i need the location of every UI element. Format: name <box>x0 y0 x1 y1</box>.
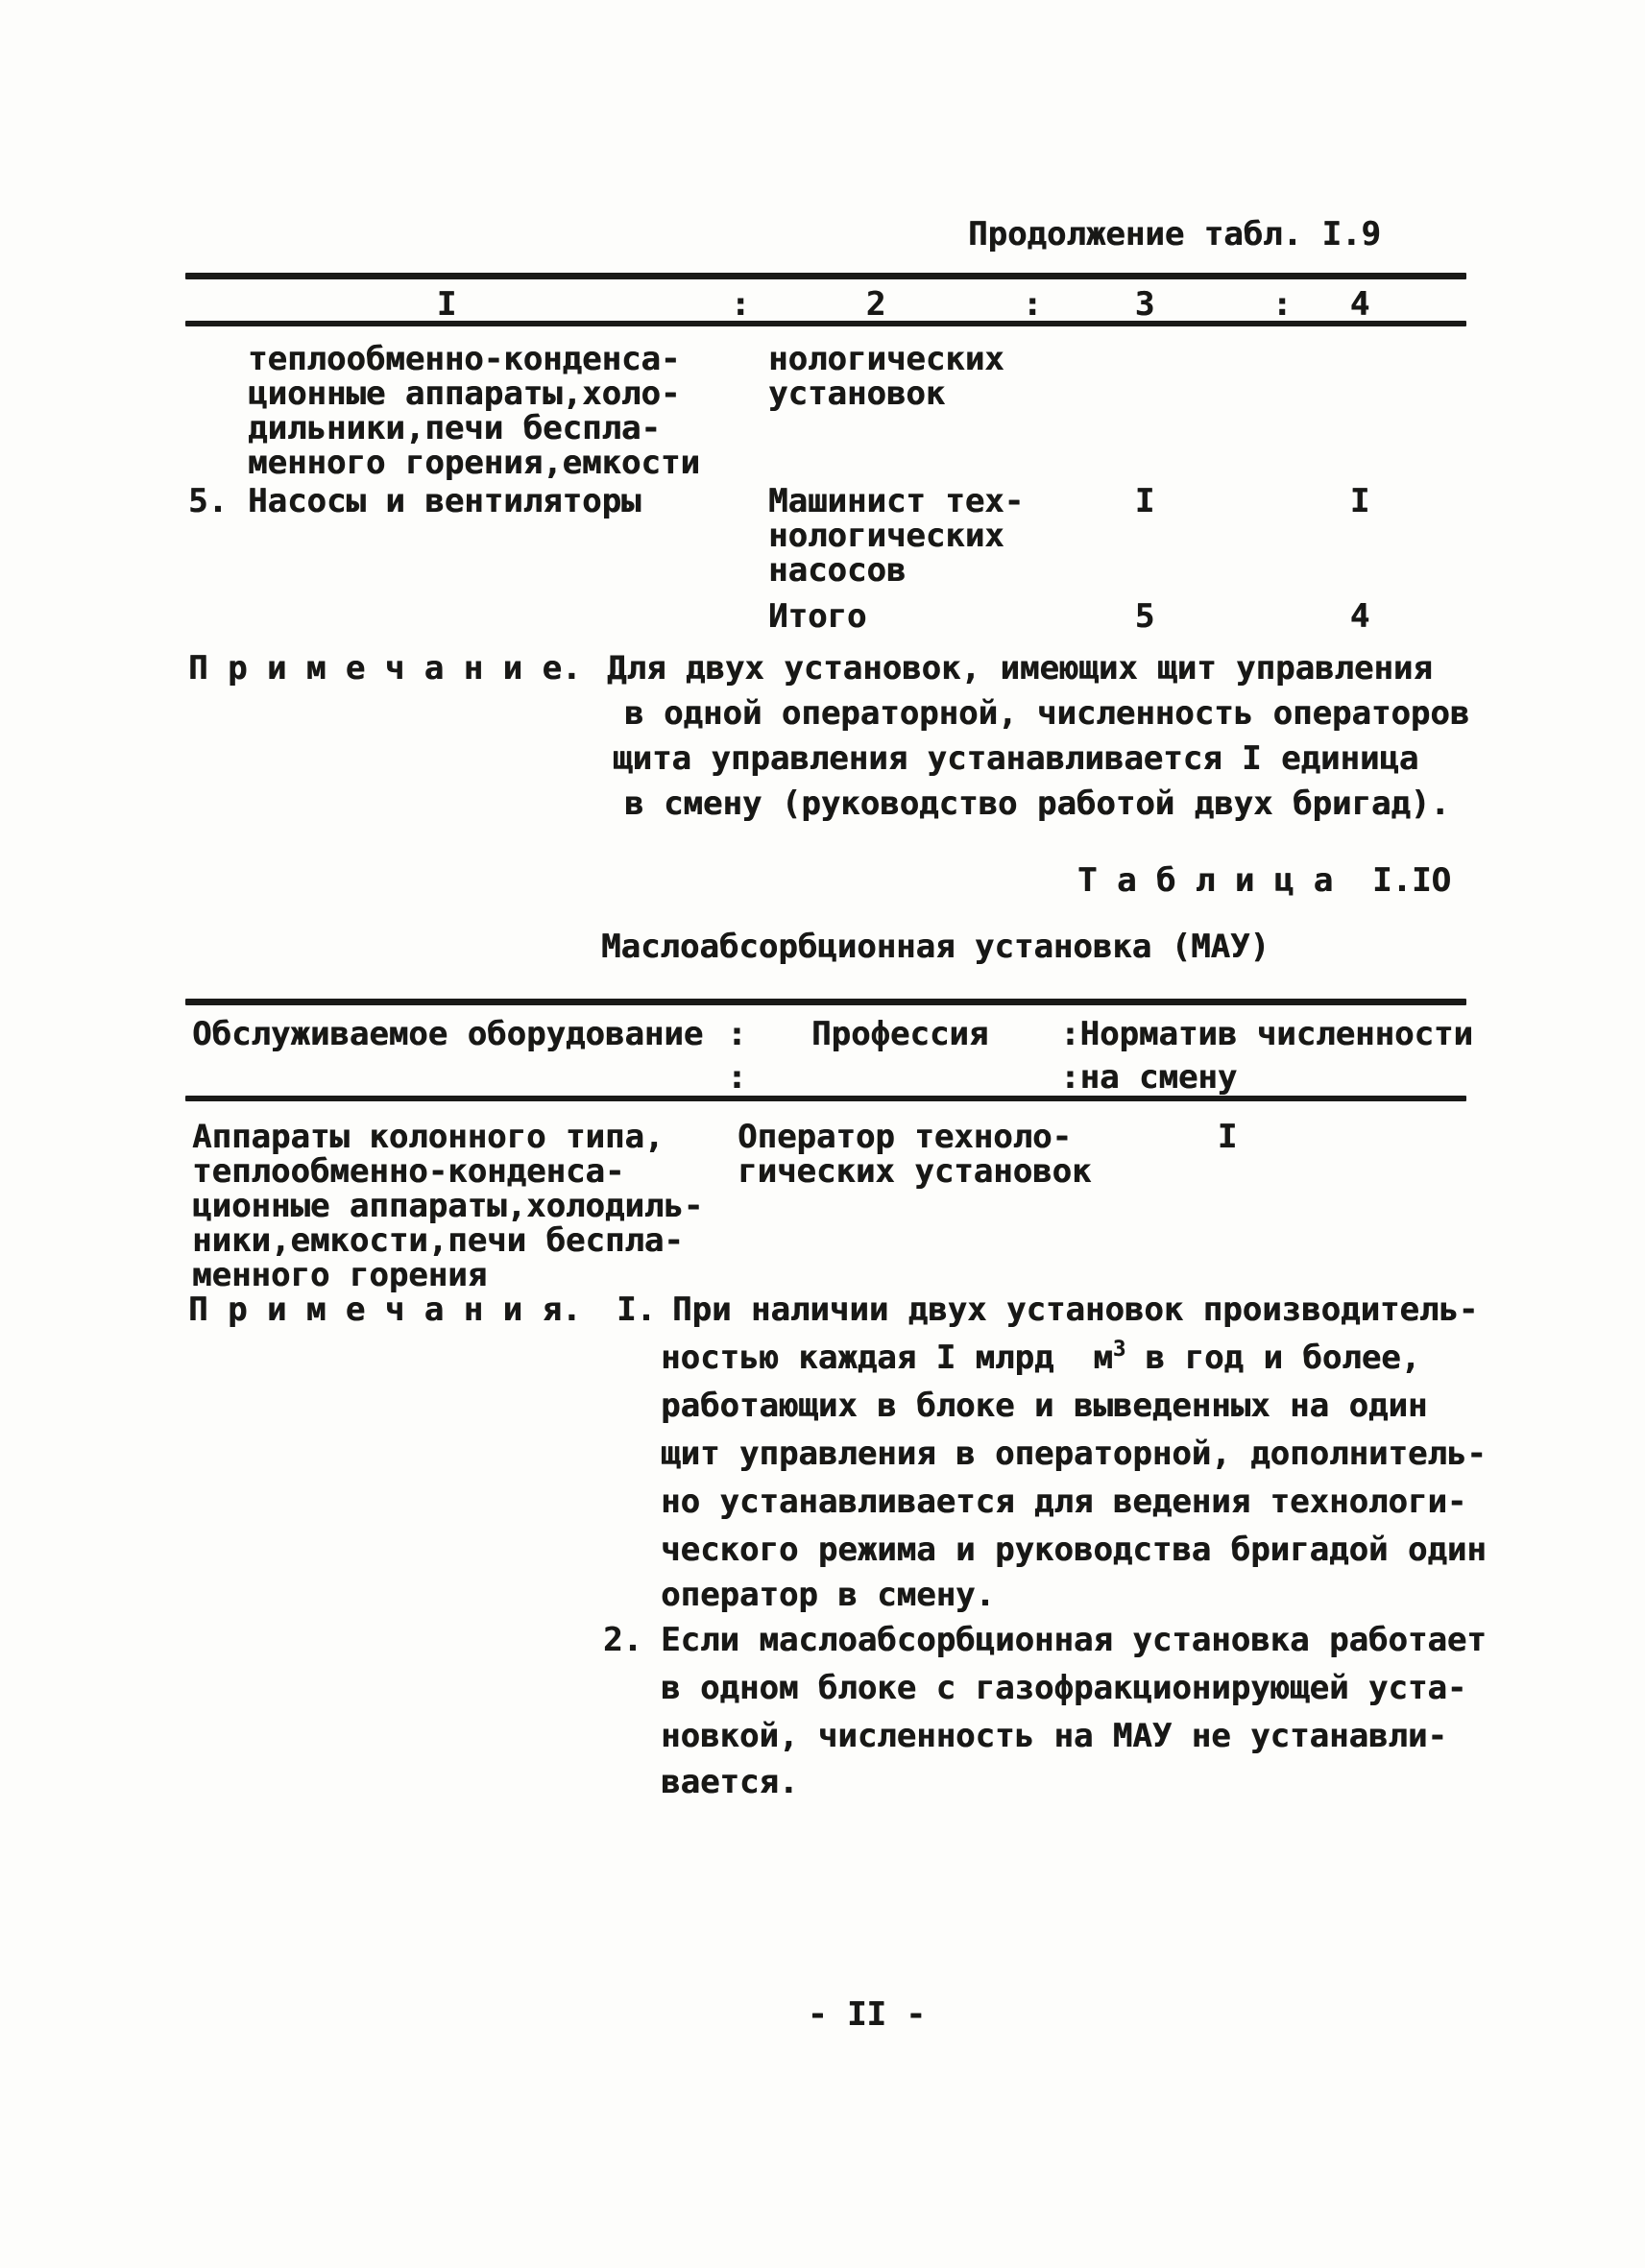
table1-note-line: Для двух установок, имеющих щит управлен… <box>607 651 1433 687</box>
table2-col-separator: : <box>727 1060 746 1096</box>
table1-top-rule <box>185 273 1466 279</box>
table1-row1-equipment-line: менного горения,емкости <box>248 446 700 481</box>
table1-col-separator: : <box>731 287 750 323</box>
table1-row1-profession-line: установок <box>768 376 945 412</box>
table2-note1-number: I. <box>617 1292 656 1328</box>
table1-row2-norm-col3: I <box>1135 484 1154 519</box>
table1-col-separator: : <box>1023 287 1042 323</box>
table1-row2-number: 5. <box>188 484 228 519</box>
table1-row2-profession-line: нологических <box>768 519 1004 554</box>
table1-total-col3: 5 <box>1135 599 1154 635</box>
table2-header-col1: Обслуживаемое оборудование <box>192 1017 703 1052</box>
table1-total-col4: 4 <box>1350 599 1369 635</box>
table1-note-line: в одной операторной, численность операто… <box>624 696 1469 732</box>
note1-line2-post: в год и более, <box>1125 1339 1420 1377</box>
table1-row2-equipment: Насосы и вентиляторы <box>248 484 641 519</box>
table2-row1-equipment-line: Аппараты колонного типа, <box>192 1120 664 1155</box>
table1-row1-equipment-line: ционные аппараты,холо- <box>248 376 680 412</box>
table2-title: Маслоабсорбционная установка (МАУ) <box>601 929 1270 965</box>
table1-total-label: Итого <box>768 599 866 635</box>
table1-row2-profession-line: Машинист тех- <box>768 484 1024 519</box>
table2-note2-number: 2. <box>603 1623 642 1658</box>
table1-col-header-1: I <box>437 287 456 323</box>
table1-col-header-4: 4 <box>1350 287 1369 323</box>
table1-col-separator: : <box>1272 287 1292 323</box>
table2-label: Т а б л и ц а I.IO <box>1077 863 1451 899</box>
table2-note2-line: в одном блоке с газофракционирующей уста… <box>661 1671 1466 1706</box>
note1-line2-pre: ностью каждая I млрд м <box>661 1339 1113 1377</box>
table2-header-col2: Профессия <box>811 1017 988 1052</box>
cubic-meter-superscript: 3 <box>1113 1338 1125 1362</box>
table2-row1-profession-line: гических установок <box>738 1154 1091 1190</box>
scanned-document-page: Продолжение табл. I.9 I : 2 : 3 : 4 тепл… <box>0 0 1645 2268</box>
table1-row1-equipment-line: дильники,печи беспла- <box>248 411 661 446</box>
table2-note2-line: новкой, численность на МАУ не устанавли- <box>661 1719 1447 1754</box>
table1-row2-profession-line: насосов <box>768 553 906 589</box>
table2-row1-equipment-line: теплообменно-конденса- <box>192 1154 624 1190</box>
table2-note1-line: но устанавливается для ведения технологи… <box>661 1484 1466 1520</box>
table2-header-rule <box>185 1096 1466 1101</box>
table2-row1-equipment-line: менного горения <box>192 1258 487 1293</box>
table2-note1-line: При наличии двух установок производитель… <box>672 1292 1478 1328</box>
table2-note2-line: вается. <box>661 1765 798 1800</box>
table2-note2-line: Если маслоабсорбционная установка работа… <box>661 1623 1487 1658</box>
table1-note-line: в смену (руководство работой двух бригад… <box>624 786 1450 822</box>
table1-note-line: щита управления устанавливается I единиц… <box>613 741 1418 777</box>
table-continuation-caption: Продолжение табл. I.9 <box>968 217 1381 253</box>
table2-header-col3-line2: :на смену <box>1060 1060 1237 1096</box>
table2-header-col3-line1: :Норматив численности <box>1060 1017 1473 1052</box>
table1-row1-profession-line: нологических <box>768 342 1004 377</box>
table2-note1-line: работающих в блоке и выведенных на один <box>661 1388 1427 1424</box>
table1-col-header-2: 2 <box>866 287 885 323</box>
table2-row1-profession-line: Оператор техноло- <box>738 1120 1072 1155</box>
table2-note1-line: ностью каждая I млрд м3 в год и более, <box>661 1340 1420 1376</box>
table1-col-header-3: 3 <box>1135 287 1154 323</box>
table2-top-rule <box>185 999 1466 1005</box>
page-number: - II - <box>808 1997 926 2033</box>
table2-note1-line: ческого режима и руководства бригадой од… <box>661 1532 1487 1568</box>
table2-row1-equipment-line: ники,емкости,печи беспла- <box>192 1223 684 1259</box>
table2-row1-norm: I <box>1218 1120 1237 1155</box>
table2-col-separator: : <box>727 1017 746 1052</box>
table2-notes-label: П р и м е ч а н и я. <box>188 1292 581 1328</box>
table2-row1-equipment-line: ционные аппараты,холодиль- <box>192 1189 703 1224</box>
table2-note1-line: оператор в смену. <box>661 1578 995 1613</box>
table1-header-rule <box>185 321 1466 326</box>
table2-note1-line: щит управления в операторной, дополнител… <box>661 1436 1487 1472</box>
table1-note-label: П р и м е ч а н и е. <box>188 651 581 687</box>
table1-row2-norm-col4: I <box>1350 484 1369 519</box>
table1-row1-equipment-line: теплообменно-конденса- <box>248 342 680 377</box>
